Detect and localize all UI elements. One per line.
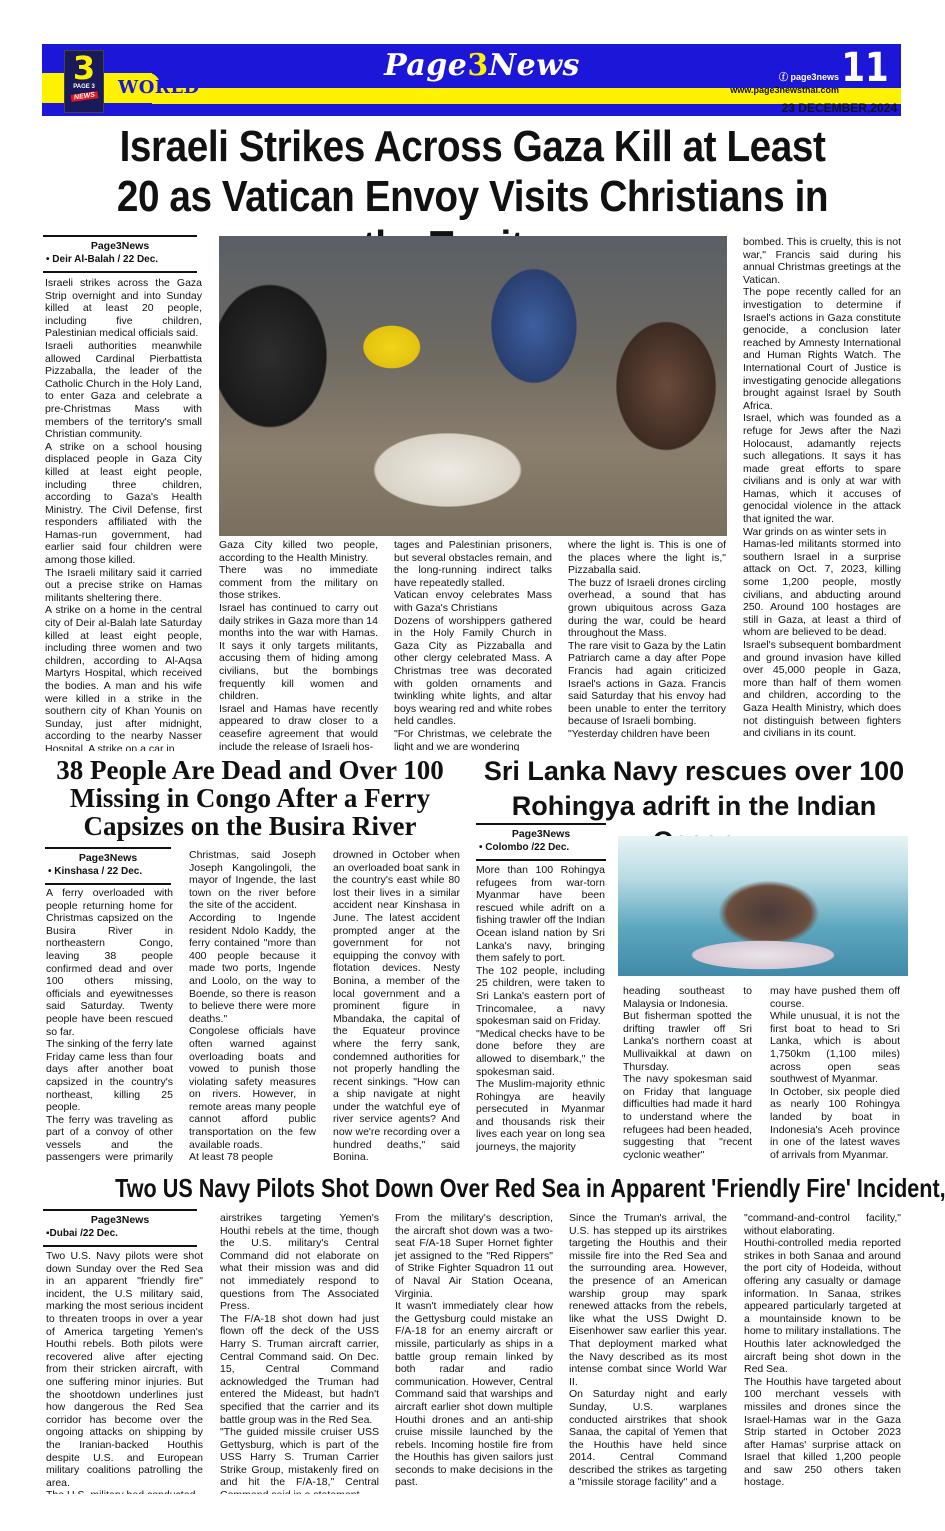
article2-byline: Page3News • Kinshasa / 22 Dec. (45, 847, 171, 885)
paragraph: Israeli authorities meanwhile allowed Ca… (45, 340, 202, 441)
paragraph: Israel's subsequent bombardment and grou… (743, 639, 901, 740)
masthead: 3 PAGE 3 NEWS WORLD Page3News ⓕ page3new… (42, 44, 901, 113)
article4-column-2: airstrikes targeting Yemen's Houthi rebe… (220, 1212, 379, 1494)
article1-column-4: where the light is. This is one of the p… (568, 539, 726, 751)
paragraph: Israel and Hamas have recently appeared … (219, 703, 378, 751)
paragraph: Since the Truman's arrival, the U.S. has… (569, 1212, 727, 1388)
byline-source: Page3News (45, 851, 171, 865)
paragraph: Gaza City killed two people, according t… (219, 539, 378, 564)
paragraph: The navy spokesman said on Friday that l… (623, 1073, 752, 1161)
byline-location: • Colombo /22 Dec. (476, 841, 606, 855)
masthead-bottom-rule (42, 113, 901, 116)
paragraph: The sinking of the ferry late Friday cam… (46, 1038, 173, 1114)
paragraph: At least 78 people (189, 1151, 316, 1163)
paragraph: Israeli strikes across the Gaza Strip ov… (45, 277, 202, 340)
paragraph: where the light is. This is one of the p… (568, 539, 726, 577)
paragraph: A ferry overloaded with people returning… (46, 887, 173, 1038)
article4-column-5: "command-and-control facility," without … (744, 1212, 901, 1494)
byline-source: Page3News (43, 1213, 197, 1227)
byline-location: ▪Dubai /22 Dec. (43, 1227, 197, 1241)
article4-headline: Two US Navy Pilots Shot Down Over Red Se… (115, 1171, 830, 1205)
article4-column-3: From the military's description, the air… (395, 1212, 553, 1494)
article1-photo: Mourners grieving beside a shrouded body… (219, 236, 727, 536)
article2-column-1: A ferry overloaded with people returning… (46, 887, 173, 1163)
paragraph: Houthi-controlled media reported strikes… (744, 1237, 901, 1376)
paragraph: "Medical checks have to be done before t… (476, 1028, 605, 1078)
page3-logo: 3 PAGE 3 NEWS (64, 50, 104, 113)
paragraph: "For Christmas, we celebrate the light a… (394, 728, 552, 751)
paragraph: Christmas, said Joseph Joseph Kangolingo… (189, 849, 316, 912)
article2-column-3: drowned in October when an overloaded bo… (333, 849, 460, 1163)
article1-column-1: Israeli strikes across the Gaza Strip ov… (45, 277, 202, 751)
paragraph: On Saturday night and early Sunday, U.S.… (569, 1388, 727, 1489)
paragraph: The 102 people, including 25 children, w… (476, 965, 605, 1028)
paragraph: bombed. This is cruelty, this is not war… (743, 236, 901, 286)
article1-column-2: Gaza City killed two people, according t… (219, 539, 378, 751)
paragraph: The buzz of Israeli drones circling over… (568, 577, 726, 640)
paragraph: Israel has continued to carry out daily … (219, 602, 378, 703)
byline-source: Page3News (476, 827, 606, 841)
logo-subtitle: PAGE 3 (73, 83, 95, 91)
paragraph: Hamas-led militants stormed into souther… (743, 538, 901, 639)
paragraph: Vatican envoy celebrates Mass with Gaza'… (394, 589, 552, 614)
byline-location: • Kinshasa / 22 Dec. (45, 865, 171, 879)
paragraph: "command-and-control facility," without … (744, 1212, 901, 1237)
website-url: www.page3newsthai.com (730, 85, 839, 95)
article4-column-1: Two U.S. Navy pilots were shot down Sund… (46, 1250, 203, 1494)
paragraph: In October, six people died as nearly 10… (770, 1086, 900, 1162)
paragraph: A strike on a home in the central city o… (45, 604, 202, 751)
paragraph: Congolese officials have often warned ag… (189, 1025, 316, 1151)
paragraph: There was no immediate comment from the … (219, 564, 378, 602)
paragraph: Dozens of worshippers gathered in the Ho… (394, 615, 552, 728)
paragraph: "Yesterday children have been (568, 728, 726, 741)
article1-column-5: bombed. This is cruelty, this is not war… (743, 236, 901, 751)
article4-column-4: Since the Truman's arrival, the U.S. has… (569, 1212, 727, 1494)
article3-column-1: More than 100 Rohingya refugees from war… (476, 864, 605, 1164)
logo-news-tag: NEWS (70, 91, 98, 102)
paragraph: More than 100 Rohingya refugees from war… (476, 864, 605, 965)
paragraph: According to Ingende resident Ndolo Kadd… (189, 912, 316, 1025)
facebook-handle: ⓕ page3news (779, 70, 839, 83)
paragraph: A strike on a school housing displaced p… (45, 441, 202, 567)
paragraph: The Muslim-majority ethnic Rohingya are … (476, 1078, 605, 1154)
paragraph: It wasn't immediately clear how the Gett… (395, 1300, 553, 1489)
article4-byline: Page3News ▪Dubai /22 Dec. (43, 1209, 197, 1247)
paragraph: But fisherman spotted the drifting trawl… (623, 1010, 752, 1073)
page-number: 11 (842, 46, 889, 90)
paragraph: The Israeli military said it carried out… (45, 567, 202, 605)
article3-column-3: may have pushed them off course. While u… (770, 985, 900, 1163)
title-right: News (489, 48, 580, 83)
paragraph: From the military's description, the air… (395, 1212, 553, 1300)
paragraph: airstrikes targeting Yemen's Houthi rebe… (220, 1212, 379, 1313)
paragraph: The U.S. military had conducted (46, 1489, 203, 1494)
subheading: War grinds on as winter sets in (743, 526, 901, 539)
paragraph: tages and Palestinian prisoners, but sev… (394, 539, 552, 589)
article2-headline: 38 People Are Dead and Over 100 Missing … (40, 756, 460, 840)
title-left: Page (384, 48, 467, 83)
byline-location: • Deir Al-Balah / 22 Dec. (43, 253, 197, 267)
logo-number: 3 (73, 53, 95, 83)
article3-byline: Page3News • Colombo /22 Dec. (476, 823, 606, 861)
paragraph: drowned in October when an overloaded bo… (333, 849, 460, 1163)
byline-source: Page3News (43, 239, 197, 253)
paragraph: The F/A-18 shot down had just flown off … (220, 1313, 379, 1426)
paragraph: The Houthis have targeted about 100 merc… (744, 1376, 901, 1489)
paragraph: Two U.S. Navy pilots were shot down Sund… (46, 1250, 203, 1489)
newspaper-title: Page3News (362, 48, 602, 83)
title-three: 3 (467, 48, 488, 83)
article3-column-2: heading southeast to Malaysia or Indones… (623, 985, 752, 1163)
paragraph: Israel, which was founded as a refuge fo… (743, 412, 901, 525)
paragraph: "The guided missile cruiser USS Gettysbu… (220, 1426, 379, 1494)
article1-column-3: tages and Palestinian prisoners, but sev… (394, 539, 552, 751)
paragraph: The pope recently called for an investig… (743, 286, 901, 412)
paragraph: heading southeast to Malaysia or Indones… (623, 985, 752, 1010)
paragraph: The ferry was traveling as part of a con… (46, 1114, 173, 1163)
paragraph: may have pushed them off course. (770, 985, 900, 1010)
article2-column-2: Christmas, said Joseph Joseph Kangolingo… (189, 849, 316, 1163)
paragraph: The rare visit to Gaza by the Latin Patr… (568, 640, 726, 728)
paragraph: While unusual, it is not the first boat … (770, 1010, 900, 1086)
article3-photo: Rohingya refugees crowded on a drifting … (618, 836, 908, 976)
article1-byline: Page3News • Deir Al-Balah / 22 Dec. (43, 235, 197, 273)
section-label: WORLD (118, 77, 200, 98)
